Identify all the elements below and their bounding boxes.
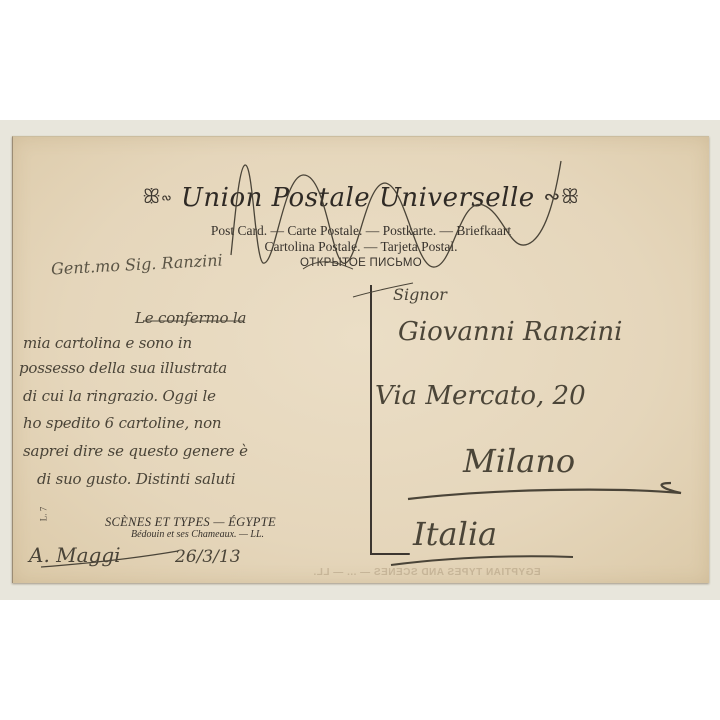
handwriting-strokes	[13, 137, 709, 583]
postcard-back: ꕥ∾ Union Postale Universelle ∾ꕥ Post Car…	[12, 136, 709, 583]
